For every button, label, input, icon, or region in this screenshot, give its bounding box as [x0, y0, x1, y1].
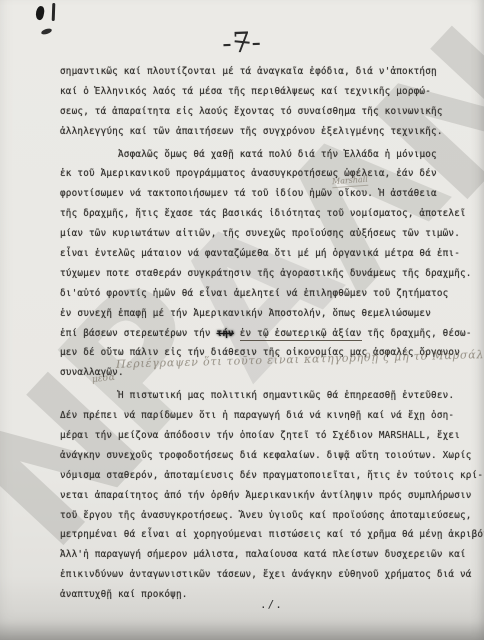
text-line: Δέν πρέπει νά παρίδωμεν ὅτι ἡ παραγωγή δ… — [60, 406, 452, 426]
segment-text: τῆς δραχμῆς, θέσω- — [362, 328, 472, 339]
ink-dash-mark — [40, 27, 52, 35]
text-line: νόμισμα σταθερόν, ἀποταμίευσις δέν πραγμ… — [60, 466, 452, 486]
paragraph: Ἀσφαλῶς ὅμως θά χαθῇ κατά πολύ διά τήν Ἑ… — [60, 145, 452, 384]
ink-blot-mark — [35, 5, 46, 20]
text-line: μεν δέ οὕτω πάλιν εἰς τήν διάθεσιν τῆς ο… — [60, 343, 452, 363]
text-line: μέραι τήν μείζονα ἀπόδοσιν τήν ὁποίαν ζη… — [60, 426, 452, 446]
paragraph: σημαντικῶς καί πλουτίζονται μέ τά ἀναγκα… — [60, 62, 452, 142]
ink-stroke-mark — [52, 3, 56, 21]
document-page: ΝΡΑΛΝ -7- σημαντικῶς καί πλουτίζονται μέ… — [0, 0, 484, 640]
text-line: τύχωμεν ποτε σταθεράν συγκράτησιν τῆς ἀγ… — [60, 264, 452, 284]
text-line: Ἀλλ'ἡ παραγωγή σήμερον μάλιστα, παλαίουσ… — [60, 545, 452, 565]
text-line: νεται ἀπαραίτητος ἀπό τήν ὀρθήν Ἀμερικαν… — [60, 486, 452, 506]
end-of-page-mark: ./. — [260, 598, 283, 611]
text-line: τοῦ ἔργου τῆς ἀνασυγκροτήσεως. Ἄνευ ὑγιο… — [60, 506, 452, 526]
text-line: ἀλληλεγγύης καί τῶν ἀπαιτήσεων τῆς συγχρ… — [60, 122, 452, 142]
text-line: Ἡ πιστωτική μας πολιτική σημαντικῶς θά ἐ… — [60, 386, 452, 406]
segment-text: ἐπί βάσεων στερεωτέρων τήν — [60, 328, 217, 339]
document-body: σημαντικῶς καί πλουτίζονται μέ τά ἀναγκα… — [60, 62, 452, 605]
text-line: καί ὁ Ἑλληνικός λαός τά μέσα τῆς περιθάλ… — [60, 82, 452, 102]
segment-struck: τήν — [217, 328, 234, 339]
text-line: τῆς δραχμῆς, ἥτις ἔχασε τάς βασικάς ἰδιό… — [60, 204, 452, 224]
text-line: εἶναι ἐντελῶς μάταιον νά φανταζώμεθα ὅτι… — [60, 244, 452, 264]
text-line: σημαντικῶς καί πλουτίζονται μέ τά ἀναγκα… — [60, 62, 452, 82]
page-number: -7- — [222, 25, 263, 59]
text-line: δι'αὐτό φροντίς ἡμῶν θά εἶναι ἀμελητεί ν… — [60, 284, 452, 304]
text-line: ἐκ τοῦ Ἀμερικανικοῦ προγράμματος ἀνασυγκ… — [60, 164, 452, 184]
text-line: ἀνάγκην συνεχοῦς τροφοδοτήσεως διά κεφαλ… — [60, 446, 452, 466]
text-line: σεως, τά ἀπαραίτητα εἰς λαούς ἔχοντας τό… — [60, 102, 452, 122]
text-line: μετρημέναι θά εἶναι αἱ χορηγούμεναι πιστ… — [60, 525, 452, 545]
text-line: ἀναπτυχθῇ καί προκόψῃ. — [60, 585, 452, 605]
text-line: φροντίσωμεν νά τακτοποιήσωμεν τά τοῦ ἰδί… — [60, 184, 452, 204]
text-line: ἐν συνεχῆ ἐπαφῇ μέ τήν Ἀμερικανικήν Ἀποσ… — [60, 304, 452, 324]
text-line: μίαν τῶν κυριωτάτων αἰτιῶν, τῆς συνεχῶς … — [60, 224, 452, 244]
text-line: ἐπί βάσεων στερεωτέρων τήν τήν ἐν τῷ ἐσω… — [60, 324, 452, 344]
text-line: Ἀσφαλῶς ὅμως θά χαθῇ κατά πολύ διά τήν Ἑ… — [60, 145, 452, 165]
text-line: ἐπικινδύνων ἀνταγωνιστικῶν τάσεων, ἔχει … — [60, 565, 452, 585]
segment-text — [234, 328, 240, 339]
text-line: συναλλαγῶν. — [60, 363, 452, 383]
segment-underlined: ἐν τῷ ἐσωτερικῷ ἀξίαν — [240, 328, 362, 341]
paragraph: Ἡ πιστωτική μας πολιτική σημαντικῶς θά ἐ… — [60, 386, 452, 605]
